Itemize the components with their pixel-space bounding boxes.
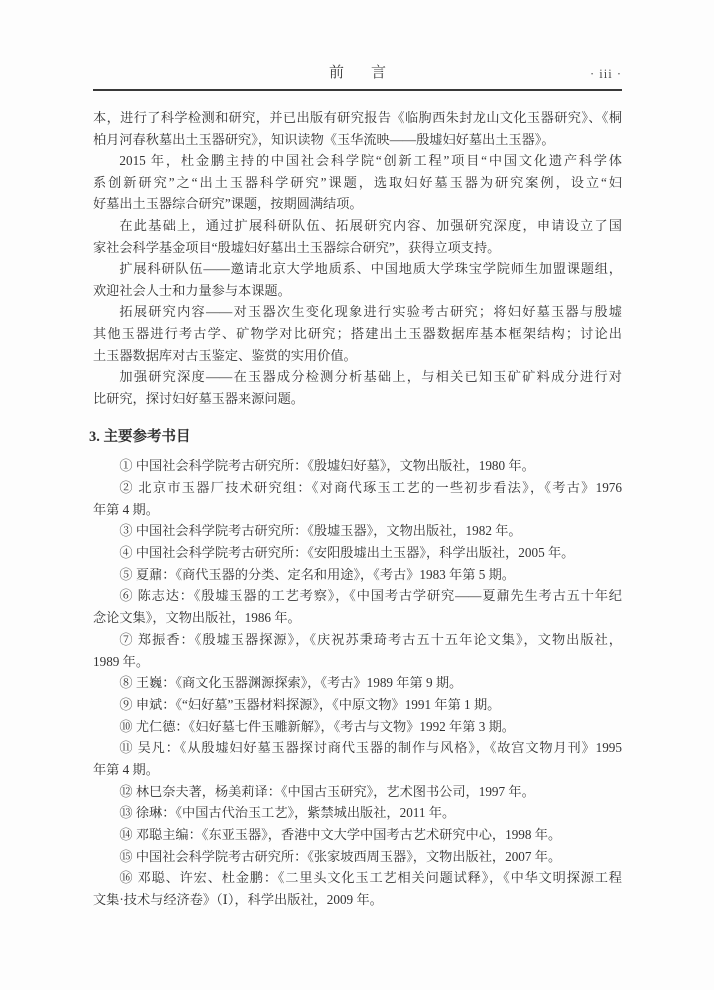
- reference-list: ① 中国社会科学院考古研究所：《殷墟妇好墓》，文物出版社，1980 年。② 北京…: [93, 455, 622, 910]
- text-line: ③ 中国社会科学院考古研究所：《殷墟玉器》，文物出版社，1982 年。: [93, 520, 622, 542]
- page-title: 前 言: [93, 64, 622, 83]
- text-line: ⑯ 邓聪、许宏、杜金鹏：《二里头文化玉工艺相关问题试释》，《中华文明探源工程: [93, 867, 622, 889]
- text-line: ⑫ 林巳奈夫著，杨美莉译：《中国古玉研究》，艺术图书公司，1997 年。: [93, 781, 622, 803]
- text-line: 柏月河春秋墓出土玉器研究》，知识读物《玉华流映——殷墟妇好墓出土玉器》。: [93, 129, 622, 151]
- text-line: 欢迎社会人士和力量参与本课题。: [93, 280, 622, 302]
- text-line: ① 中国社会科学院考古研究所：《殷墟妇好墓》，文物出版社，1980 年。: [93, 455, 622, 477]
- text-line: 本，进行了科学检测和研究，并已出版有研究报告《临朐西朱封龙山文化玉器研究》、《桐: [93, 107, 622, 129]
- section-heading: 3. 主要参考书目: [89, 426, 622, 448]
- text-line: 拓展研究内容——对玉器次生变化现象进行实验考古研究；将妇好墓玉器与殷墟: [93, 301, 622, 323]
- text-line: ⑤ 夏鼐：《商代玉器的分类、定名和用途》，《考古》1983 年第 5 期。: [93, 564, 622, 586]
- text-line: ⑦ 郑振香：《殷墟玉器探源》，《庆祝苏秉琦考古五十五年论文集》，文物出版社，: [93, 629, 622, 651]
- text-line: 土玉器数据库对古玉鉴定、鉴赏的实用价值。: [93, 345, 622, 367]
- text-line: ⑧ 王巍：《商文化玉器渊源探索》，《考古》1989 年第 9 期。: [93, 672, 622, 694]
- text-line: 扩展科研队伍——邀请北京大学地质系、中国地质大学珠宝学院师生加盟课题组，: [93, 258, 622, 280]
- book-page: 前 言 · iii · 本，进行了科学检测和研究，并已出版有研究报告《临朐西朱封…: [0, 0, 714, 990]
- text-line: ⑭ 邓聪主编：《东亚玉器》，香港中文大学中国考古艺术研究中心，1998 年。: [93, 824, 622, 846]
- text-line: 好墓出土玉器综合研究”课题，按期圆满结项。: [93, 193, 622, 215]
- text-line: 比研究，探讨妇好墓玉器来源问题。: [93, 388, 622, 410]
- page-number: · iii ·: [590, 67, 622, 82]
- text-line: 在此基础上，通过扩展科研队伍、拓展研究内容、加强研究深度，申请设立了国: [93, 215, 622, 237]
- text-line: ④ 中国社会科学院考古研究所：《安阳殷墟出土玉器》，科学出版社，2005 年。: [93, 542, 622, 564]
- page-header: 前 言 · iii ·: [93, 64, 622, 83]
- text-line: ⑪ 吴凡：《从殷墟妇好墓玉器探讨商代玉器的制作与风格》，《故宫文物月刊》1995: [93, 737, 622, 759]
- text-line: ⑨ 申斌：《“妇好墓”玉器材料探源》，《中原文物》1991 年第 1 期。: [93, 694, 622, 716]
- text-line: 年第 4 期。: [93, 759, 622, 781]
- text-line: ⑥ 陈志达：《殷墟玉器的工艺考察》，《中国考古学研究——夏鼐先生考古五十年纪: [93, 585, 622, 607]
- text-line: 念论文集》，文物出版社，1986 年。: [93, 607, 622, 629]
- text-line: 系创新研究”之“出土玉器科学研究”课题，选取妇好墓玉器为研究案例，设立“妇: [93, 172, 622, 194]
- header-rule: [93, 89, 622, 91]
- text-line: 年第 4 期。: [93, 499, 622, 521]
- text-line: 其他玉器进行考古学、矿物学对比研究；搭建出土玉器数据库基本框架结构；讨论出: [93, 323, 622, 345]
- text-line: 家社会科学基金项目“殷墟妇好墓出土玉器综合研究”，获得立项支持。: [93, 237, 622, 259]
- text-line: ② 北京市玉器厂技术研究组：《对商代琢玉工艺的一些初步看法》，《考古》1976: [93, 477, 622, 499]
- body-paragraphs: 本，进行了科学检测和研究，并已出版有研究报告《临朐西朱封龙山文化玉器研究》、《桐…: [93, 107, 622, 409]
- text-line: ⑬ 徐琳：《中国古代治玉工艺》，紫禁城出版社，2011 年。: [93, 802, 622, 824]
- text-block: 前 言 · iii · 本，进行了科学检测和研究，并已出版有研究报告《临朐西朱封…: [93, 64, 622, 911]
- text-line: 2015 年，杜金鹏主持的中国社会科学院“创新工程”项目“中国文化遗产科学体: [93, 150, 622, 172]
- text-line: 文集·技术与经济卷》（Ⅰ），科学出版社，2009 年。: [93, 889, 622, 911]
- text-line: ⑩ 尤仁德：《妇好墓七件玉雕新解》，《考古与文物》1992 年第 3 期。: [93, 716, 622, 738]
- text-line: ⑮ 中国社会科学院考古研究所：《张家坡西周玉器》，文物出版社，2007 年。: [93, 846, 622, 868]
- text-line: 加强研究深度——在玉器成分检测分析基础上，与相关已知玉矿矿料成分进行对: [93, 366, 622, 388]
- text-line: 1989 年。: [93, 651, 622, 673]
